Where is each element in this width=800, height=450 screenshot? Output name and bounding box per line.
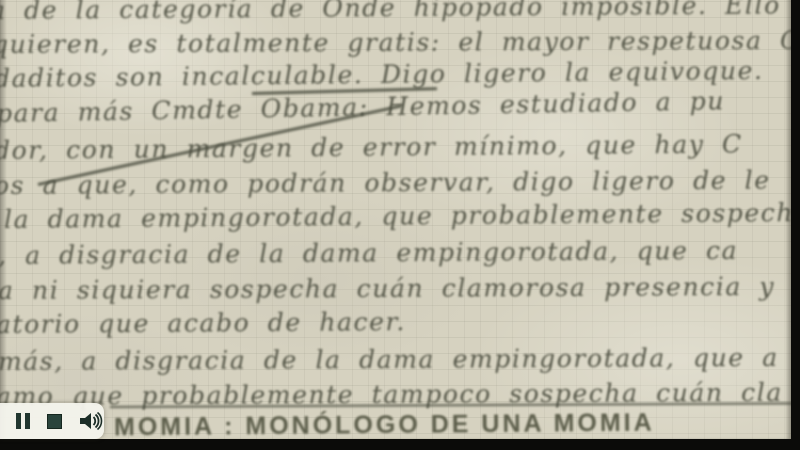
pause-icon (16, 413, 30, 429)
stop-icon (47, 414, 62, 429)
speaker-icon (79, 411, 103, 431)
media-controls-bar (0, 403, 104, 439)
manuscript-title: MOMIA : MONÓLOGO DE UNA MOMIA (114, 409, 655, 443)
letterbox-right-bar (791, 0, 800, 450)
manuscript-line: dor, con un margen de error mínimo, que … (0, 129, 743, 165)
volume-button[interactable] (79, 411, 103, 431)
manuscript-line: quieren, es totalmente gratis: el mayor … (0, 26, 800, 59)
manuscript-line: os a que, como podrán observar, digo lig… (0, 166, 771, 200)
manuscript-line: a de la categoría de Onde hipopado impos… (0, 0, 800, 25)
manuscript-line: , a disgracia de la dama empingorotada, … (0, 236, 738, 270)
manuscript-line: a ni siquiera sospecha cuán clamorosa pr… (0, 272, 800, 305)
paper-left-edge-shadow (0, 0, 7, 450)
pause-button[interactable] (16, 413, 30, 429)
manuscript-line: la dama empingorotada, que probablemente… (4, 198, 800, 234)
stop-button[interactable] (47, 414, 62, 429)
manuscript-line: atorio que acabo de hacer. (0, 307, 406, 339)
video-player-frame: a de la categoría de Onde hipopado impos… (0, 0, 800, 450)
manuscript-line: para más Cmdte Obama: Hemos estudiado a … (0, 86, 725, 128)
letterbox-bottom-bar (0, 439, 800, 450)
manuscript-line: más, a disgracia de la dama empingorotad… (0, 343, 779, 376)
